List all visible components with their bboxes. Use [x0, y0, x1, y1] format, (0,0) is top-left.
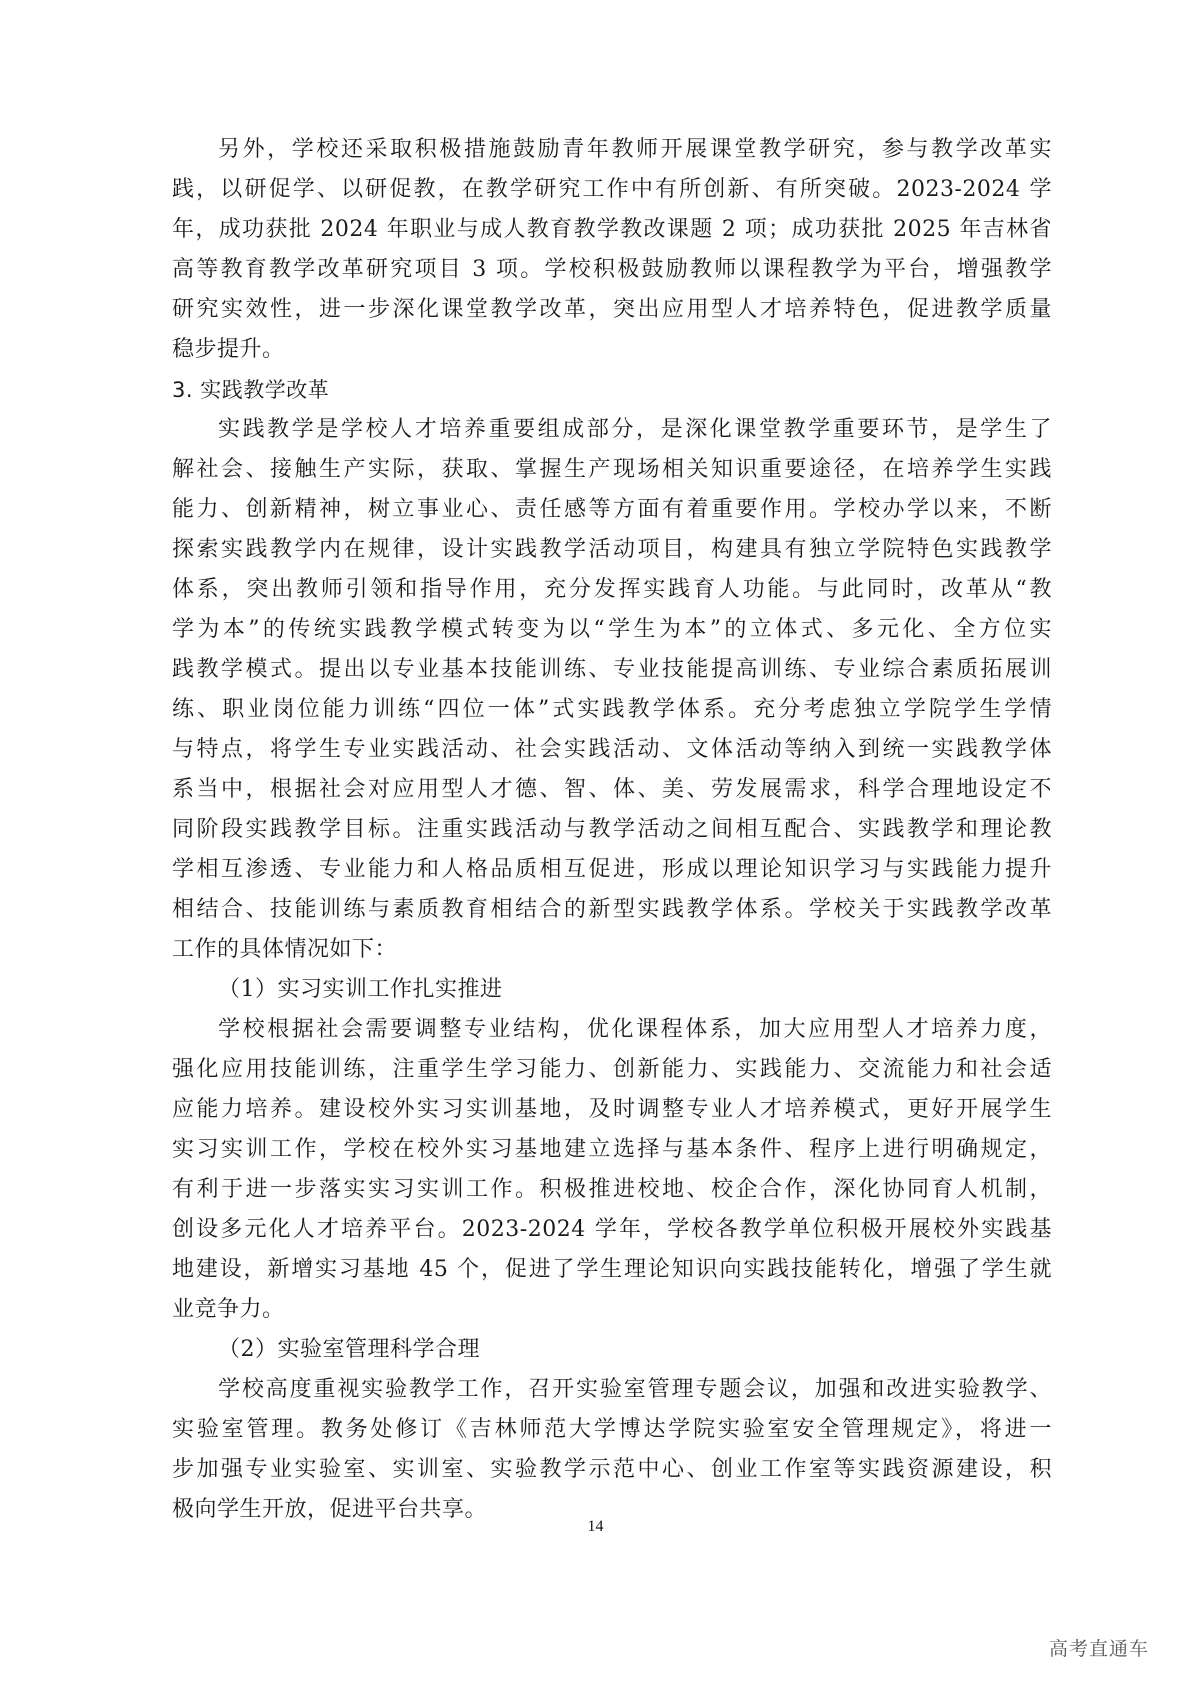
text-line: 另外，学校还采取积极措施鼓励青年教师开展课堂教学研究，参与教学改革实	[172, 130, 1052, 170]
section-heading: 3. 实践教学改革	[172, 370, 1052, 410]
text-line: 与特点，将学生专业实践活动、社会实践活动、文体活动等纳入到统一实践教学体	[172, 730, 1052, 770]
text-line: 同阶段实践教学目标。注重实践活动与教学活动之间相互配合、实践教学和理论教	[172, 810, 1052, 850]
text-line: 系当中，根据社会对应用型人才德、智、体、美、劳发展需求，科学合理地设定不	[172, 770, 1052, 810]
text-line: 实验室管理。教务处修订《吉林师范大学博达学院实验室安全管理规定》，将进一	[172, 1410, 1052, 1450]
text-line: 步加强专业实验室、实训室、实验教学示范中心、创业工作室等实践资源建设，积	[172, 1450, 1052, 1490]
watermark-text: 高考直通车	[1049, 1634, 1149, 1661]
text-line: 地建设，新增实习基地 45 个，促进了学生理论知识向实践技能转化，增强了学生就	[172, 1250, 1052, 1290]
text-line: 研究实效性，进一步深化课堂教学改革，突出应用型人才培养特色，促进教学质量	[172, 290, 1052, 330]
text-line: 学校高度重视实验教学工作，召开实验室管理专题会议，加强和改进实验教学、	[172, 1370, 1052, 1410]
page-number: 14	[0, 1518, 1191, 1536]
text-line: 践，以研促学、以研促教，在教学研究工作中有所创新、有所突破。2023-2024 …	[172, 170, 1052, 210]
text-line: 高等教育教学改革研究项目 3 项。学校积极鼓励教师以课程教学为平台，增强教学	[172, 250, 1052, 290]
subheading-internship: （1）实习实训工作扎实推进	[172, 970, 1052, 1010]
text-line: 创设多元化人才培养平台。2023-2024 学年，学校各教学单位积极开展校外实践…	[172, 1210, 1052, 1250]
paragraph-research: 另外，学校还采取积极措施鼓励青年教师开展课堂教学研究，参与教学改革实 践，以研促…	[172, 130, 1052, 370]
text-line: 实践教学是学校人才培养重要组成部分，是深化课堂教学重要环节，是学生了	[172, 410, 1052, 450]
text-line: 学相互渗透、专业能力和人格品质相互促进，形成以理论知识学习与实践能力提升	[172, 850, 1052, 890]
document-page: 另外，学校还采取积极措施鼓励青年教师开展课堂教学研究，参与教学改革实 践，以研促…	[0, 0, 1191, 1684]
text-line: 稳步提升。	[172, 330, 1052, 370]
text-line: 有利于进一步落实实习实训工作。积极推进校地、校企合作，深化协同育人机制，	[172, 1170, 1052, 1210]
text-line: 解社会、接触生产实际，获取、掌握生产现场相关知识重要途径，在培养学生实践	[172, 450, 1052, 490]
text-line: 践教学模式。提出以专业基本技能训练、专业技能提高训练、专业综合素质拓展训	[172, 650, 1052, 690]
text-line: 年，成功获批 2024 年职业与成人教育教学教改课题 2 项；成功获批 2025…	[172, 210, 1052, 250]
text-line: 强化应用技能训练，注重学生学习能力、创新能力、实践能力、交流能力和社会适	[172, 1050, 1052, 1090]
text-line: 练、职业岗位能力训练“四位一体”式实践教学体系。充分考虑独立学院学生学情	[172, 690, 1052, 730]
text-line: 体系，突出教师引领和指导作用，充分发挥实践育人功能。与此同时，改革从“教	[172, 570, 1052, 610]
text-line: 实习实训工作，学校在校外实习基地建立选择与基本条件、程序上进行明确规定，	[172, 1130, 1052, 1170]
subheading-laboratory: （2）实验室管理科学合理	[172, 1330, 1052, 1370]
paragraph-practice-teaching: 实践教学是学校人才培养重要组成部分，是深化课堂教学重要环节，是学生了 解社会、接…	[172, 410, 1052, 970]
text-line: 工作的具体情况如下：	[172, 930, 1052, 970]
text-line: 学校根据社会需要调整专业结构，优化课程体系，加大应用型人才培养力度，	[172, 1010, 1052, 1050]
text-line: 能力、创新精神，树立事业心、责任感等方面有着重要作用。学校办学以来，不断	[172, 490, 1052, 530]
text-line: 学为本”的传统实践教学模式转变为以“学生为本”的立体式、多元化、全方位实	[172, 610, 1052, 650]
page-content: 另外，学校还采取积极措施鼓励青年教师开展课堂教学研究，参与教学改革实 践，以研促…	[172, 130, 1052, 1530]
text-line: 应能力培养。建设校外实习实训基地，及时调整专业人才培养模式，更好开展学生	[172, 1090, 1052, 1130]
text-line: 相结合、技能训练与素质教育相结合的新型实践教学体系。学校关于实践教学改革	[172, 890, 1052, 930]
text-line: 业竞争力。	[172, 1290, 1052, 1330]
text-line: 探索实践教学内在规律，设计实践教学活动项目，构建具有独立学院特色实践教学	[172, 530, 1052, 570]
paragraph-internship: 学校根据社会需要调整专业结构，优化课程体系，加大应用型人才培养力度， 强化应用技…	[172, 1010, 1052, 1330]
paragraph-laboratory: 学校高度重视实验教学工作，召开实验室管理专题会议，加强和改进实验教学、 实验室管…	[172, 1370, 1052, 1530]
